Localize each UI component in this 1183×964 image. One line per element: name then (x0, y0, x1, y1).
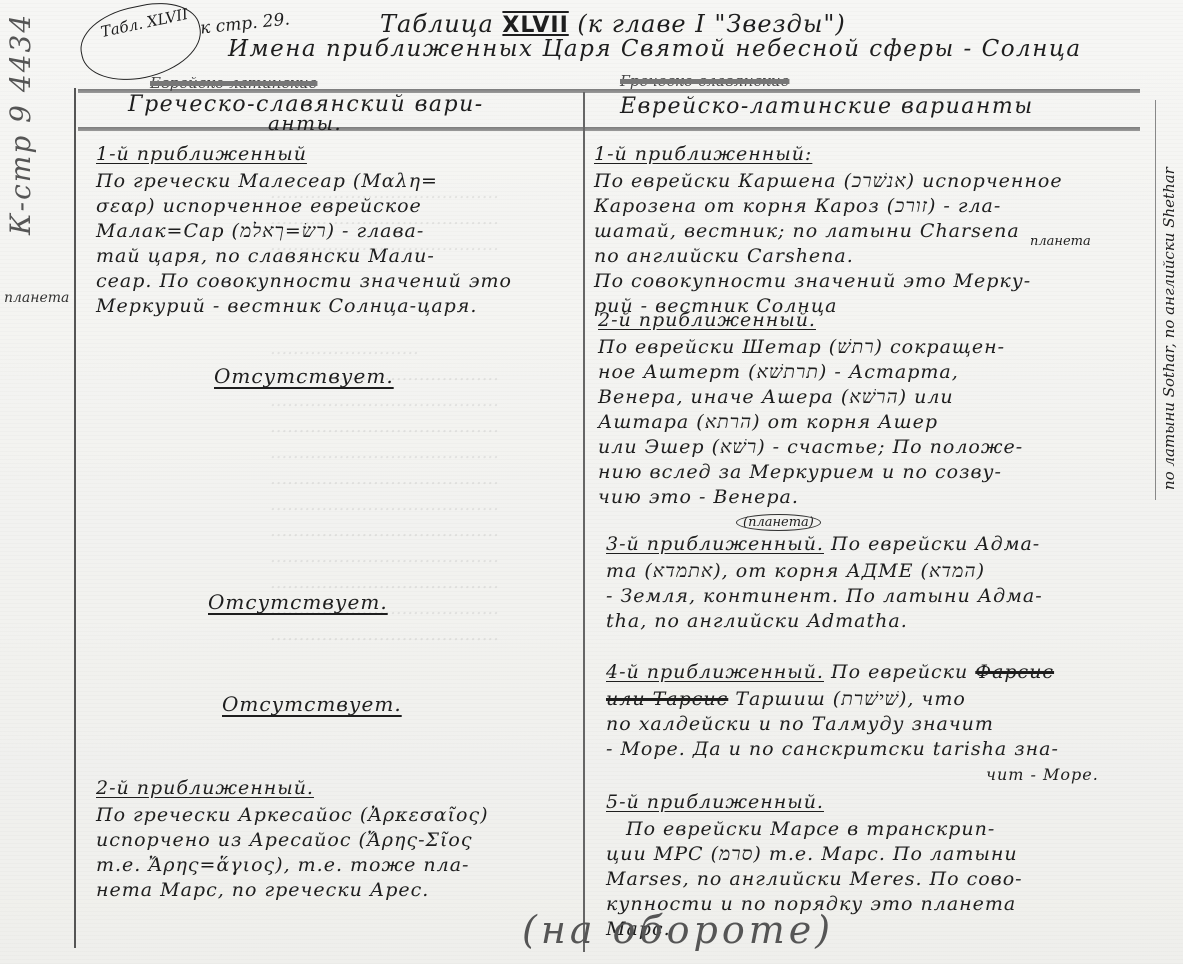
left-block-5-heading: 2-й приближенный. (96, 776, 314, 801)
right-block-4-heading-rest: По еврейски (824, 661, 968, 683)
text-line: Карозена от корня Кароз (זורכ) - гла- (594, 194, 1063, 219)
text-line: по халдейски и по Талмуду значит (606, 712, 1099, 737)
right-block-4: 4-й приближенный. По еврейски Фарсис или… (606, 660, 1099, 787)
struck-word: Фарсис (975, 661, 1054, 683)
title-suffix: (к главе I "Звезды") (577, 10, 845, 38)
left-column-header: Греческо-славянский вари- анты. (128, 92, 484, 135)
text-line: Меркурий - вестник Солнца-царя. (96, 294, 512, 319)
text-line: нета Марс, по гречески Арес. (96, 878, 489, 903)
right-block-3: 3-й приближенный. По еврейски Адма- та (… (606, 532, 1043, 634)
text-line: По еврейски Шетар (רתשׁ) сокращен- (598, 335, 1023, 360)
right-block-5-heading: 5-й приближенный. (606, 790, 824, 815)
text-line: - Море. Да и по санскритски tarisha зна- (606, 737, 1099, 762)
table-subtitle: Имена приближенных Царя Святой небесной … (228, 36, 1082, 62)
text-line: tha, по английски Admatha. (606, 609, 1043, 634)
right-block-2: 2-й приближенный. По еврейски Шетар (רתש… (598, 308, 1023, 510)
right-block-2-heading: 2-й приближенный. (598, 308, 816, 333)
vertical-side-note: по латыни Sothar, по английски Shethar (1160, 167, 1178, 490)
text-line: По еврейски Марсе в транскрип- (626, 817, 1023, 842)
text-line: По еврейски Каршена (אנשׁרכ) испорченное (594, 169, 1063, 194)
planet-annotation-2: (планета) (736, 514, 821, 531)
left-block-1-heading: 1-й приближенный (96, 142, 307, 167)
right-margin-line (1155, 100, 1156, 500)
left-margin-note: планета (4, 290, 69, 306)
text-line: По гречески Аркесайос (Ἀρκεσαῖος) (96, 803, 489, 828)
right-column-header: Еврейско-латинские варианты (620, 94, 1034, 119)
text-line: испорчено из Аресайос (Ἄρης-Σῖος (96, 828, 489, 853)
left-struck-header: Еврейско-латинские (150, 74, 317, 92)
text-line: сеар. По совокупности значений это (96, 269, 512, 294)
right-block-3-heading-rest: По еврейски Адма- (824, 533, 1040, 555)
right-block-4-heading: 4-й приближенный. (606, 660, 824, 685)
text-line: Аштара (הרתא) от корня Ашер (598, 410, 1023, 435)
text-line: та (אתמדא), от корня АДМЕ (המדא) (606, 559, 1043, 584)
title-prefix: Таблица (380, 10, 494, 38)
text-line: Малак=Сар (רשׂ=ךאלמ) - глава- (96, 219, 512, 244)
text-line: Marses, по английски Meres. По сово- (606, 867, 1023, 892)
archive-number: К-стр 9 4434 (4, 13, 37, 235)
right-block-1-heading: 1-й приближенный: (594, 142, 812, 167)
planet-annotation-1: планета (1030, 234, 1091, 249)
text-line: чию это - Венера. (598, 485, 1023, 510)
text-line: тай царя, по славянски Мали- (96, 244, 512, 269)
text-line: шатай, вестник; по латыни Charsena (594, 219, 1063, 244)
text-line: - Земля, континент. По латыни Адма- (606, 584, 1043, 609)
left-block-5: 2-й приближенный. По гречески Аркесайос … (96, 776, 489, 903)
text-line: чит - Море. (986, 762, 1099, 787)
title-roman-number: XLVII (502, 13, 568, 38)
overleaf-note: (на обороте) (522, 908, 834, 952)
text-line: ции МРС (סרמ) т.е. Марс. По латыни (606, 842, 1023, 867)
absent-marker-2: Отсутствует. (214, 364, 394, 388)
text-line: нию вслед за Меркурием и по созву- (598, 460, 1023, 485)
table-title: Таблица XLVII (к главе I "Звезды") (380, 10, 846, 38)
absent-marker-3: Отсутствует. (208, 590, 388, 614)
absent-marker-4: Отсутствует. (222, 692, 402, 716)
text-line: По гречески Малесеар (Μαλη= (96, 169, 512, 194)
text-line: σεαρ) испорченное еврейское (96, 194, 512, 219)
text-line: Таршиш (שׁישׁרת), что (735, 688, 965, 710)
text-line: ное Аштерт (תרתשׁא) - Астарта, (598, 360, 1023, 385)
right-block-1: 1-й приближенный: По еврейски Каршена (א… (594, 142, 1063, 319)
struck-word: или Тарсис (606, 688, 728, 710)
text-line: по английски Carshena. (594, 244, 1063, 269)
text-line: т.е. Ἄρης=ἅγιος), т.е. тоже пла- (96, 853, 489, 878)
column-divider (583, 92, 585, 952)
text-line: Венера, иначе Ашера (הרשׁא) или (598, 385, 1023, 410)
right-block-3-heading: 3-й приближенный. (606, 532, 824, 557)
text-line: или Эшер (רשׁא) - счастье; По положе- (598, 435, 1023, 460)
right-struck-header: Греческо-славянские (620, 72, 789, 90)
left-block-1: 1-й приближенный По гречески Малесеар (Μ… (96, 142, 512, 319)
text-line: По совокупности значений это Мерку- (594, 269, 1063, 294)
